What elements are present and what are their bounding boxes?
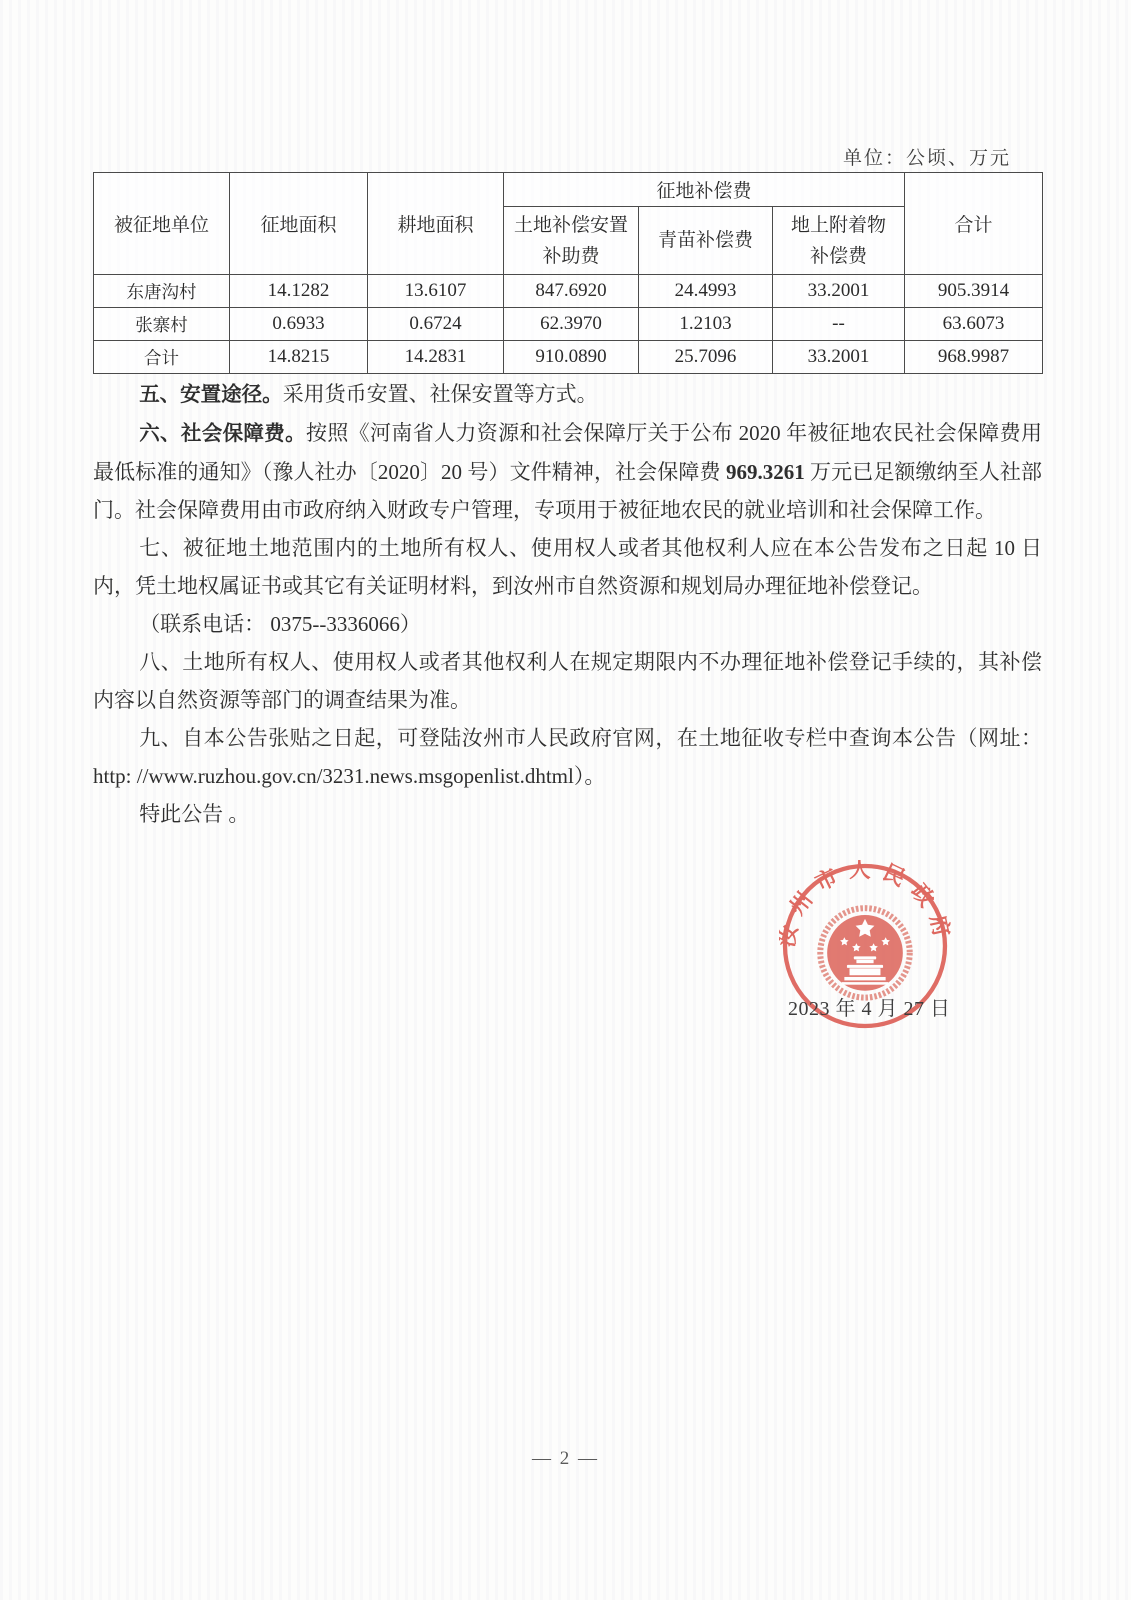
paragraph-6: 六、社会保障费。按照《河南省人力资源和社会保障厅关于公布 2020 年被征地农民… <box>93 414 1042 529</box>
cell-farmland-area: 14.2831 <box>368 341 504 374</box>
unit-note: 单位：公顷、万元 <box>843 143 1011 170</box>
cell-attachment-comp: -- <box>773 308 905 341</box>
col-header-unit: 被征地单位 <box>94 173 230 275</box>
col-header-land-area: 征地面积 <box>230 173 368 275</box>
cell-village: 张寨村 <box>94 308 230 341</box>
cell-farmland-area: 13.6107 <box>368 275 504 308</box>
table-row: 张寨村 0.6933 0.6724 62.3970 1.2103 -- 63.6… <box>94 308 1043 341</box>
cell-attachment-comp: 33.2001 <box>773 275 905 308</box>
paragraph-5-text: 采用货币安置、社保安置等方式。 <box>283 382 598 406</box>
cell-land-comp: 910.0890 <box>504 341 639 374</box>
paragraph-5: 五、安置途径。采用货币安置、社保安置等方式。 <box>93 375 1042 414</box>
cell-village: 合计 <box>94 341 230 374</box>
cell-land-comp: 62.3970 <box>504 308 639 341</box>
col-header-land-comp: 土地补偿安置补助费 <box>504 207 639 275</box>
social-security-amount: 969.3261 <box>726 460 805 484</box>
cell-seedling-comp: 25.7096 <box>639 341 773 374</box>
paragraph-6-lead: 六、社会保障费。 <box>139 422 306 445</box>
issue-date: 2023 年 4 月 27 日 <box>788 992 958 1021</box>
paragraph-8: 八、土地所有权人、使用权人或者其他权利人在规定期限内不办理征地补偿登记手续的，其… <box>93 643 1042 719</box>
paragraph-9: 九、自本公告张贴之日起，可登陆汝州市人民政府官网，在土地征收专栏中查询本公告（网… <box>93 719 1042 795</box>
col-header-comp-group: 征地补偿费 <box>504 173 905 207</box>
paragraph-7: 七、被征地土地范围内的土地所有权人、使用权人或者其他权利人应在本公告发布之日起 … <box>93 529 1042 605</box>
cell-farmland-area: 0.6724 <box>368 308 504 341</box>
cell-land-area: 0.6933 <box>230 308 368 341</box>
national-emblem-icon <box>820 908 909 997</box>
col-header-farmland-area: 耕地面积 <box>368 173 504 275</box>
cell-seedling-comp: 24.4993 <box>639 275 773 308</box>
cell-total: 968.9987 <box>905 341 1043 374</box>
cell-land-area: 14.1282 <box>230 275 368 308</box>
cell-village: 东唐沟村 <box>94 275 230 308</box>
contact-phone-line: （联系电话： 0375--3336066） <box>93 605 1042 643</box>
cell-attachment-comp: 33.2001 <box>773 341 905 374</box>
table-row-total: 合计 14.8215 14.2831 910.0890 25.7096 33.2… <box>94 341 1043 374</box>
closing-line: 特此公告 。 <box>93 795 1042 833</box>
page-number: — 2 — <box>0 1448 1131 1470</box>
compensation-table: 被征地单位 征地面积 耕地面积 征地补偿费 合计 土地补偿安置补助费 青苗补偿费… <box>93 172 1043 374</box>
table-header-row-1: 被征地单位 征地面积 耕地面积 征地补偿费 合计 <box>94 173 1043 207</box>
cell-total: 905.3914 <box>905 275 1043 308</box>
cell-land-area: 14.8215 <box>230 341 368 374</box>
paragraph-5-lead: 五、安置途径。 <box>139 383 283 406</box>
col-header-seedling-comp: 青苗补偿费 <box>639 207 773 275</box>
table-row: 东唐沟村 14.1282 13.6107 847.6920 24.4993 33… <box>94 275 1043 308</box>
cell-land-comp: 847.6920 <box>504 275 639 308</box>
cell-seedling-comp: 1.2103 <box>639 308 773 341</box>
cell-total: 63.6073 <box>905 308 1043 341</box>
notice-body: 五、安置途径。采用货币安置、社保安置等方式。 六、社会保障费。按照《河南省人力资… <box>93 375 1042 833</box>
col-header-attachment-comp: 地上附着物补偿费 <box>773 207 905 275</box>
col-header-total: 合计 <box>905 173 1043 275</box>
notice-page: 单位：公顷、万元 被征地单位 征地面积 耕地面积 征地补偿费 合计 土地补偿安置… <box>0 0 1131 1600</box>
